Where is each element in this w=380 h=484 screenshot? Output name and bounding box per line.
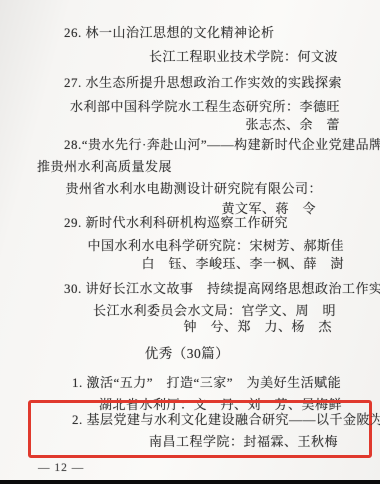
entry-27-authors: 张志杰、余 蕾 [245,114,340,133]
excellent-entry-2-affiliation: 南昌工程学院：封福霖、王秋梅 [149,431,338,450]
entry-30-title: 30. 讲好长江水文故事 持续提高网络思想政治工作实效 [64,278,380,297]
entry-28-title-line2: 推贵州水利高质量发展 [37,156,172,175]
entry-28-title-line1: 28.“贵水先行·奔赴山河”——构建新时代企业党建品牌 助 [64,134,380,153]
entry-26-title: 26. 林一山治江思想的文化精神论析 [64,22,275,41]
excellent-entry-1-title: 1. 激活“五力” 打造“三家” 为美好生活赋能 [72,372,341,391]
entry-26-affiliation: 长江工程职业技术学院：何文波 [149,46,338,65]
entry-29-title: 29. 新时代水利科研机构巡察工作研究 [64,212,288,231]
scanned-document-page: 26. 林一山治江思想的文化精神论析 长江工程职业技术学院：何文波 27. 水生… [0,0,380,484]
excellent-section-heading: 优秀（30篇） [0,342,374,362]
excellent-entry-2-title: 2. 基层党建与水利文化建设融合研究——以千金陂为例 [72,409,380,428]
scan-bottom-edge [0,480,380,484]
entry-28-affiliation: 贵州省水利水电勘测设计研究院有限公司： [65,178,322,197]
page-number: — 12 — [38,462,84,474]
entry-29-affiliation: 中国水利水电科学研究院：宋树芳、郝斯佳 [87,235,344,254]
entry-27-title: 27. 水生态所提升思想政治工作实效的实践探索 [64,72,342,91]
entry-30-authors: 钟 兮、郑 力、杨 杰 [183,316,332,335]
entry-29-authors: 白 钰、李峻珏、李一枫、薛 澍 [141,253,344,272]
entry-27-affiliation: 水利部中国科学院水工程生态研究所：李德旺 [70,96,340,115]
